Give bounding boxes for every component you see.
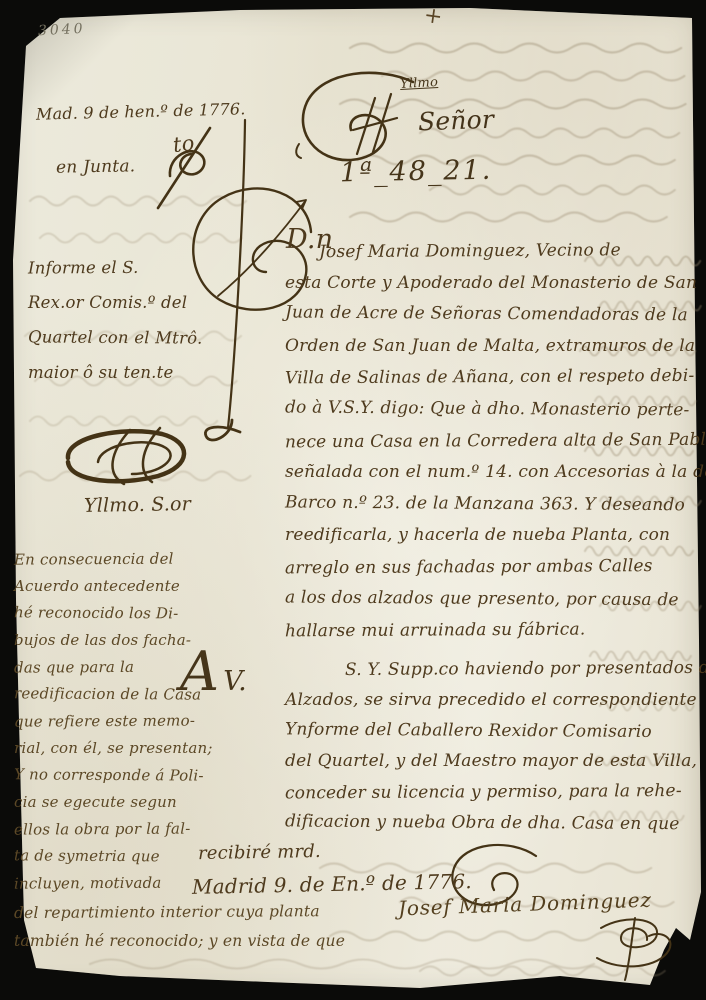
- decree-line: Rex.or Comis.º del: [28, 285, 202, 320]
- body-line: a los dos alzados que presento, por caus…: [285, 582, 706, 617]
- body-line: Juan de Acre de Señoras Comendadoras de …: [285, 298, 706, 333]
- decree-line: Quartel con el Mtrô.: [28, 319, 203, 355]
- report-line: hé reconocido los Di-: [14, 599, 213, 627]
- body-line: Ynforme del Caballero Rexidor Comisario: [285, 714, 706, 748]
- body-line: Orden de San Juan de Malta, extramuros d…: [285, 331, 706, 363]
- body-line: dificacion y nueba Obra de dha. Casa en …: [285, 806, 706, 840]
- report-line: Acuerdo antecedente: [14, 573, 213, 600]
- body-line: S. Y. Supp.co haviendo por presentados d…: [285, 653, 706, 687]
- margin-report-footer: del repartimiento interior cuya plantata…: [14, 898, 345, 956]
- report-line: Y no corresponde á Poli-: [14, 761, 213, 789]
- manuscript-scan: 3040 + Yllmo Señor 1ª_48_21. Mad. 9 de h…: [0, 0, 706, 1000]
- body-line: del Quartel, y del Maestro mayor de esta…: [285, 746, 706, 777]
- junta-flourish-abbr: to: [172, 131, 196, 157]
- margin-decree-note: Informe el S.Rex.or Comis.º delQuartel c…: [28, 250, 202, 390]
- body-line: reedificarla, y hacerla de nueba Planta,…: [285, 520, 706, 552]
- closing-courtesy: recibiré mrd.: [198, 841, 321, 864]
- report-line: que refiere este memo-: [14, 707, 213, 735]
- report-line: también hé reconocido; y en vista de que: [14, 927, 345, 956]
- report-line: del repartimiento interior cuya planta: [14, 897, 345, 928]
- body-line: conceder su licencia y permiso, para la …: [285, 776, 706, 810]
- margin-report: En consecuencia delAcuerdo antecedentehé…: [14, 546, 213, 897]
- petition-paragraph: Josef Maria Dominguez, Vecino deesta Cor…: [285, 236, 706, 647]
- decree-line: Informe el S.: [28, 249, 203, 285]
- body-line: hallarse mui arruinada su fábrica.: [285, 614, 706, 648]
- report-line: cia se egecute segun: [14, 789, 213, 816]
- salutation-abbr: Yllmo: [400, 75, 439, 92]
- report-line: incluyen, motivada: [14, 869, 213, 897]
- reference-number: 1ª_48_21.: [340, 155, 493, 189]
- body-line: Alzados, se sirva precedido el correspon…: [285, 685, 706, 716]
- supplication-initial: AV.: [180, 640, 247, 703]
- body-line: Barco n.º 23. de la Manzana 363. Y desea…: [285, 487, 706, 522]
- report-line: rial, con él, se presentan;: [14, 735, 213, 762]
- body-line: do à V.S.Y. digo: Que à dho. Monasterio …: [285, 392, 706, 427]
- body-line: nece una Casa en la Corredera alta de Sa…: [285, 424, 706, 458]
- junta-note: en Junta.: [56, 156, 136, 177]
- margin-salutation: Yllmo. S.or: [84, 493, 191, 517]
- body-line: Villa de Salinas de Añana, con el respet…: [285, 361, 706, 395]
- cross-mark: +: [422, 3, 444, 30]
- signature-rubric: [585, 910, 685, 985]
- salutation-word: Señor: [418, 105, 495, 137]
- report-line: En consecuencia del: [14, 545, 213, 573]
- archival-number: 3040: [38, 21, 86, 39]
- report-line: ellos la obra por la fal-: [14, 815, 213, 843]
- body-line: Josef Maria Dominguez, Vecino de: [285, 235, 706, 269]
- decree-line: maior ô su ten.te: [28, 355, 202, 390]
- initial-letter-a: A: [180, 640, 219, 703]
- supplication-paragraph: S. Y. Supp.co haviendo por presentados d…: [285, 654, 706, 839]
- initial-v-abbr: V.: [223, 666, 247, 697]
- body-line: esta Corte y Apoderado del Monasterio de…: [285, 268, 706, 300]
- body-line: señalada con el num.º 14. con Accesorias…: [285, 457, 706, 489]
- body-line: arreglo en sus fachadas por ambas Calles: [285, 551, 706, 585]
- report-line: ta de symetria que: [14, 842, 213, 870]
- decree-rubric-flourish: [40, 422, 198, 492]
